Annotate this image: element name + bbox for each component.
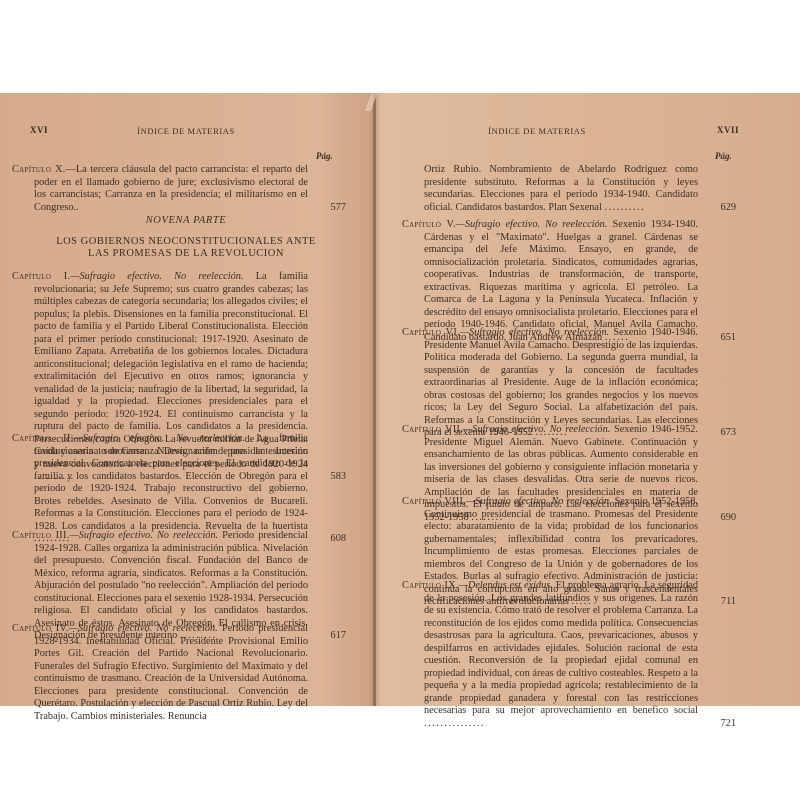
right-page: ÍNDICE DE MATERIAS XVII Pág. Ortiz Rubio… [377, 93, 800, 706]
entry-text: Periodo presidencial 1928-1934. Inestabi… [34, 623, 308, 722]
chapter-label: Capítulo III. [12, 530, 70, 541]
toc-entry-capitulo-x[interactable]: Capítulo X.—La tercera cláusula del pact… [12, 164, 308, 214]
chapter-label: Capítulo VII. [402, 424, 463, 435]
entry-text: Sexenio 1934-1940. Cárdenas y el "Maxima… [424, 219, 698, 343]
page-ref: 711 [721, 596, 736, 609]
chapter-label: Capítulo IV. [12, 623, 69, 634]
chapter-title: —Sufragio efectivo. No reelección. [466, 496, 611, 507]
page-ref: 617 [331, 630, 346, 643]
chapter-label: Capítulo V. [402, 219, 456, 230]
running-head: ÍNDICE DE MATERIAS [377, 126, 697, 136]
chapter-title: —Sufragio efectivo. No reelección. [70, 271, 243, 282]
toc-entry-capitulo-ii[interactable]: Capítulo II.—Sufragio efectivo. No reele… [12, 433, 308, 546]
toc-entry-capitulo-iv[interactable]: Capítulo IV.—Sufragio efectivo. No reele… [12, 623, 308, 723]
entry-text: El problema agrario. La seguridad de la … [424, 580, 698, 716]
entry-text: Ortiz Rubio. Nombramiento de Abelardo Ro… [424, 164, 698, 213]
chapter-title: —Sufragio efectivo. No reelección. [456, 219, 608, 230]
pag-label: Pág. [316, 151, 333, 161]
entry-text: La familia revolucionaria sonorense. Nue… [34, 433, 308, 532]
chapter-label: Capítulo I. [12, 271, 70, 282]
chapter-label: Capítulo X. [12, 164, 66, 175]
chapter-title: —Delendus est exidus. [459, 580, 553, 591]
toc-entry-continuation[interactable]: Ortiz Rubio. Nombramiento de Abelardo Ro… [402, 164, 698, 214]
chapter-label: Capítulo VI. [402, 327, 460, 338]
chapter-label: Capítulo IX. [402, 580, 459, 591]
page-number: XVII [717, 125, 739, 135]
part-title-line-1: LOS GOBIERNOS NEOCONSTITUCIONALES ANTE [0, 236, 372, 248]
page-ref: 673 [721, 427, 736, 440]
pag-label: Pág. [715, 151, 732, 161]
toc-entry-capitulo-ix[interactable]: Capítulo IX.—Delendus est exidus. El pro… [402, 580, 698, 730]
chapter-title: —Sufragio efectivo. No reelección. [460, 327, 609, 338]
chapter-title: —Sufragio efectivo. No reelección. [73, 433, 244, 444]
page-ref: 690 [721, 512, 736, 525]
chapter-label: Capítulo II. [12, 433, 73, 444]
page-ref: 608 [331, 533, 346, 546]
toc-entry-capitulo-v[interactable]: Capítulo V.—Sufragio efectivo. No reelec… [402, 219, 698, 344]
page-ref: 629 [721, 202, 736, 215]
chapter-label: Capítulo VIII. [402, 496, 466, 507]
page-ref: 721 [721, 718, 736, 731]
entry-text: Sexenio 1940-1946. Presidente Manuel Avi… [424, 327, 698, 438]
book-spread: XVI ÍNDICE DE MATERIAS Pág. Capítulo X.—… [0, 93, 800, 706]
chapter-title: —Sufragio efectivo. No reelección. [70, 530, 218, 541]
running-head: ÍNDICE DE MATERIAS [0, 126, 372, 136]
part-label: NOVENA PARTE [0, 215, 372, 226]
page-ref: 583 [331, 471, 346, 484]
page-ref: 651 [721, 332, 736, 345]
book-spine [373, 93, 376, 706]
chapter-title: —Sufragio efectivo. No reelección. [69, 623, 218, 634]
left-page: XVI ÍNDICE DE MATERIAS Pág. Capítulo X.—… [0, 93, 372, 706]
part-title-line-2: LAS PROMESAS DE LA REVOLUCION [0, 248, 372, 260]
chapter-title: —Sufragio efectivo. No reelección. [463, 424, 610, 435]
toc-entry-capitulo-vi[interactable]: Capítulo VI.—Sufragio efectivo. No reele… [402, 327, 698, 440]
entry-text: —La tercera cláusula del pacto carrancis… [34, 164, 308, 213]
page-ref: 577 [331, 202, 346, 215]
